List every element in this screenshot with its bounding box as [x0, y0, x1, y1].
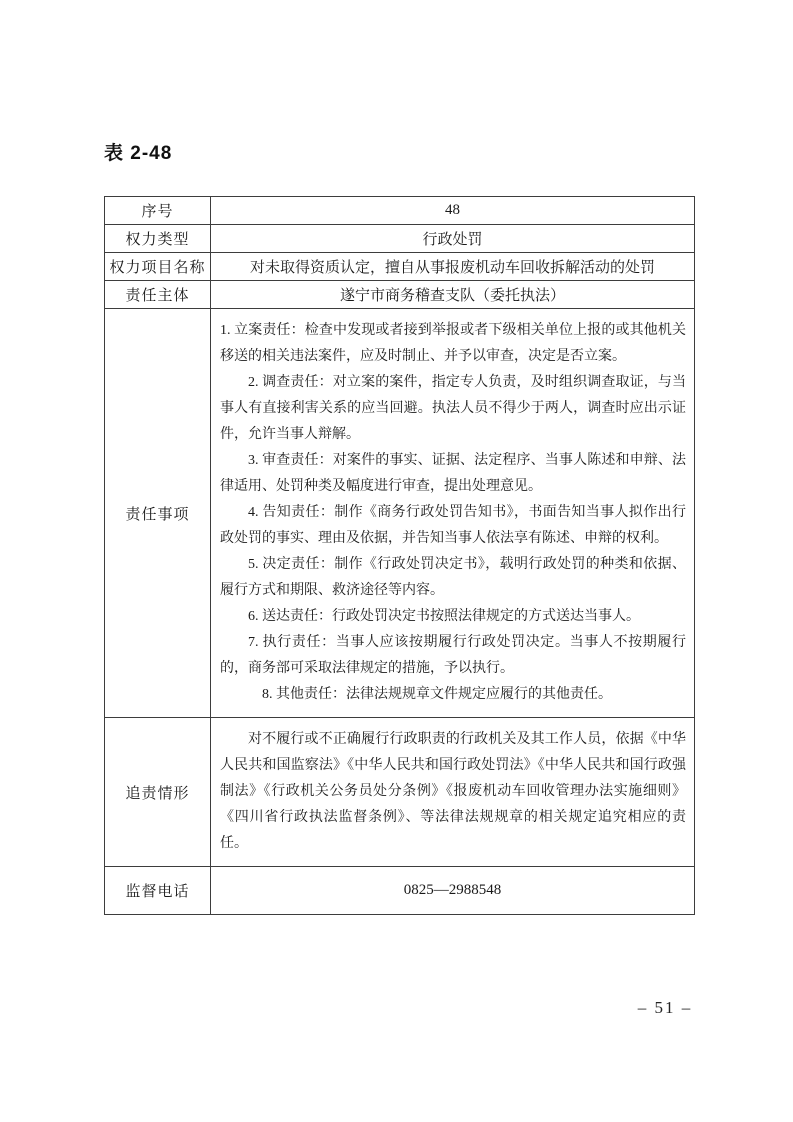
table-row-duty-items: 责任事项 1. 立案责任：检查中发现或者接到举报或者下级相关单位上报的或其他机关…: [105, 309, 695, 718]
table-row-accountability: 追责情形 对不履行或不正确履行行政职责的行政机关及其工作人员，依据《中华人民共和…: [105, 718, 695, 867]
duty-paragraphs: 1. 立案责任：检查中发现或者接到举报或者下级相关单位上报的或其他机关移送的相关…: [220, 318, 686, 708]
duty-paragraph-8: 8. 其他责任：法律法规规章文件规定应履行的其他责任。: [220, 682, 686, 708]
table-row-responsible-entity: 责任主体 遂宁市商务稽查支队（委托执法）: [105, 281, 695, 309]
table-row-serial: 序号 48: [105, 197, 695, 225]
row-value-responsible-entity: 遂宁市商务稽查支队（委托执法）: [211, 281, 695, 309]
power-item-table: 序号 48 权力类型 行政处罚 权力项目名称 对未取得资质认定，擅自从事报废机动…: [104, 196, 695, 915]
row-label-responsible-entity: 责任主体: [105, 281, 211, 309]
row-label-duty-items: 责任事项: [105, 309, 211, 718]
duty-paragraph-6: 6. 送达责任：行政处罚决定书按照法律规定的方式送达当事人。: [220, 604, 686, 630]
duty-paragraph-1: 1. 立案责任：检查中发现或者接到举报或者下级相关单位上报的或其他机关移送的相关…: [220, 318, 686, 370]
duty-paragraph-3: 3. 审查责任：对案件的事实、证据、法定程序、当事人陈述和申辩、法律适用、处罚种…: [220, 448, 686, 500]
duty-paragraph-5: 5. 决定责任：制作《行政处罚决定书》，载明行政处罚的种类和依据、履行方式和期限…: [220, 552, 686, 604]
table-row-phone: 监督电话 0825—2988548: [105, 867, 695, 915]
row-label-phone: 监督电话: [105, 867, 211, 915]
page-number: – 51 –: [620, 998, 710, 1018]
row-value-duty-items: 1. 立案责任：检查中发现或者接到举报或者下级相关单位上报的或其他机关移送的相关…: [211, 309, 695, 718]
duty-paragraph-7: 7. 执行责任：当事人应该按期履行行政处罚决定。当事人不按期履行的，商务部可采取…: [220, 630, 686, 682]
row-value-phone: 0825—2988548: [211, 867, 695, 915]
accountability-text: 对不履行或不正确履行行政职责的行政机关及其工作人员，依据《中华人民共和国监察法》…: [220, 727, 686, 857]
row-label-power-item-name: 权力项目名称: [105, 253, 211, 281]
row-label-power-type: 权力类型: [105, 225, 211, 253]
row-label-accountability: 追责情形: [105, 718, 211, 867]
table-row-power-item-name: 权力项目名称 对未取得资质认定，擅自从事报废机动车回收拆解活动的处罚: [105, 253, 695, 281]
row-value-serial: 48: [211, 197, 695, 225]
duty-paragraph-4: 4. 告知责任：制作《商务行政处罚告知书》，书面告知当事人拟作出行政处罚的事实、…: [220, 500, 686, 552]
page-title: 表 2-48: [104, 138, 172, 165]
row-value-power-type: 行政处罚: [211, 225, 695, 253]
row-label-serial: 序号: [105, 197, 211, 225]
document-page: 表 2-48 序号 48 权力类型 行政处罚 权力项目名称 对未取得资质认定，擅…: [0, 0, 793, 1122]
duty-paragraph-2: 2. 调查责任：对立案的案件，指定专人负责，及时组织调查取证，与当事人有直接利害…: [220, 370, 686, 448]
row-value-accountability: 对不履行或不正确履行行政职责的行政机关及其工作人员，依据《中华人民共和国监察法》…: [211, 718, 695, 867]
table-row-power-type: 权力类型 行政处罚: [105, 225, 695, 253]
row-value-power-item-name: 对未取得资质认定，擅自从事报废机动车回收拆解活动的处罚: [211, 253, 695, 281]
